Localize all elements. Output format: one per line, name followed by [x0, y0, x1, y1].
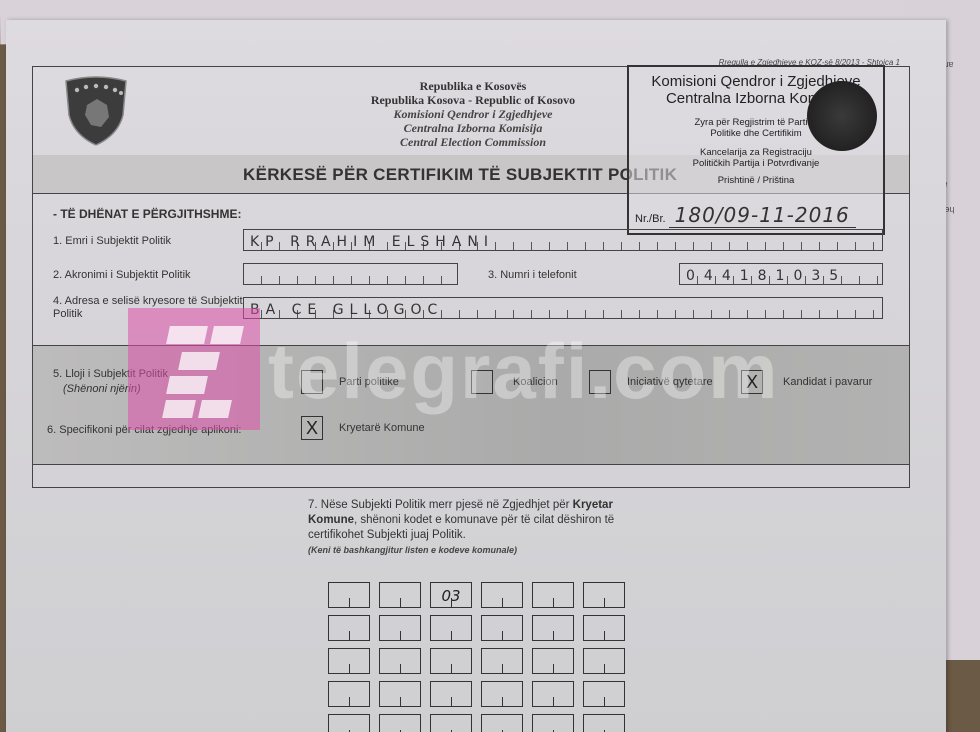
nr-label: Nr./Br.: [635, 213, 666, 225]
issuer-block: Republika e Kosovës Republika Kosova - R…: [353, 79, 593, 149]
municipality-code-box[interactable]: [430, 615, 472, 641]
municipality-code-box[interactable]: [532, 582, 574, 608]
municipality-code-box[interactable]: [379, 714, 421, 732]
municipality-code-box[interactable]: [481, 681, 523, 707]
municipality-code-box[interactable]: [481, 615, 523, 641]
municipality-code-box[interactable]: [328, 615, 370, 641]
municipality-code-box[interactable]: [481, 582, 523, 608]
q7-note: (Keni të bashkangjitur listen e kodeve k…: [308, 543, 638, 558]
kosovo-coat-of-arms-icon: [63, 75, 129, 147]
issuer-line: Republika e Kosovës: [353, 79, 593, 93]
issuer-line: Central Election Commission: [353, 135, 593, 149]
stamp-line: Političkih Partija i Potvrđivanje: [629, 158, 883, 169]
municipality-code-box[interactable]: [328, 681, 370, 707]
registration-number: Nr./Br. 180/09-11-2016: [635, 203, 856, 227]
q7-text: , shënoni kodet e komunave për të cilat …: [308, 514, 614, 541]
municipality-code-box[interactable]: [430, 714, 472, 732]
nr-value: 180/09-11-2016: [669, 203, 856, 228]
municipality-code-box[interactable]: [481, 714, 523, 732]
form-title: KËRKESË PËR CERTIFIKIM TË SUBJEKTIT POLI…: [243, 165, 677, 185]
municipality-code-box[interactable]: [583, 582, 625, 608]
issuer-line: Centralna Izborna Komisija: [353, 121, 593, 135]
municipality-code-box[interactable]: [532, 714, 574, 732]
phone-label: 3. Numri i telefonit: [488, 269, 577, 281]
watermark-text: telegrafi.com: [268, 326, 779, 417]
municipality-code-box[interactable]: [583, 714, 625, 732]
official-seal-icon: [807, 81, 877, 151]
municipality-code-box[interactable]: [379, 681, 421, 707]
municipality-code-box[interactable]: [379, 615, 421, 641]
municipality-code-box[interactable]: [481, 648, 523, 674]
municipality-code-box[interactable]: [532, 648, 574, 674]
municipality-code-box[interactable]: [583, 648, 625, 674]
question-7: 7. Nëse Subjekti Politik merr pjesë në Z…: [308, 498, 638, 558]
phone-field[interactable]: 044181035: [679, 263, 883, 285]
municipality-code-box[interactable]: [430, 681, 472, 707]
name-label: 1. Emri i Subjektit Politik: [53, 235, 171, 247]
municipality-code-box[interactable]: [379, 582, 421, 608]
municipality-code-box[interactable]: [532, 615, 574, 641]
municipality-code-box[interactable]: [583, 681, 625, 707]
acronym-label: 2. Akronimi i Subjektit Politik: [53, 269, 191, 281]
q7-text: Nëse Subjekti Politik merr pjesë në Zgje…: [321, 499, 570, 511]
municipality-code-box[interactable]: [379, 648, 421, 674]
q7-number: 7.: [308, 499, 318, 511]
issuer-line: Republika Kosova - Republic of Kosovo: [353, 93, 593, 107]
municipality-code-box[interactable]: [583, 615, 625, 641]
checkbox-kryetare-komune[interactable]: X: [301, 416, 323, 440]
issuer-line: Komisioni Qendror i Zgjedhjeve: [353, 107, 593, 121]
address-field[interactable]: BA CE GLLOGOC: [243, 297, 883, 319]
municipality-code-box[interactable]: 03: [430, 582, 472, 608]
stamp-line: Prishtinë / Priština: [629, 175, 883, 186]
option-label: Kryetarë Komune: [339, 422, 425, 434]
municipality-code-box[interactable]: [328, 582, 370, 608]
option-label: Kandidat i pavarur: [783, 376, 872, 388]
name-field[interactable]: KP RRAHIM ELSHANI: [243, 229, 883, 251]
municipality-code-box[interactable]: [328, 648, 370, 674]
acronym-field[interactable]: [243, 263, 458, 285]
general-section-heading: - TË DHËNAT E PËRGJITHSHME:: [53, 207, 241, 221]
municipality-code-box[interactable]: [532, 681, 574, 707]
municipality-code-box[interactable]: [328, 714, 370, 732]
watermark-logo-icon: [128, 308, 260, 430]
municipality-code-box[interactable]: [430, 648, 472, 674]
registration-stamp: Komisioni Qendror i Zgjedhjeve Centralna…: [627, 65, 885, 235]
